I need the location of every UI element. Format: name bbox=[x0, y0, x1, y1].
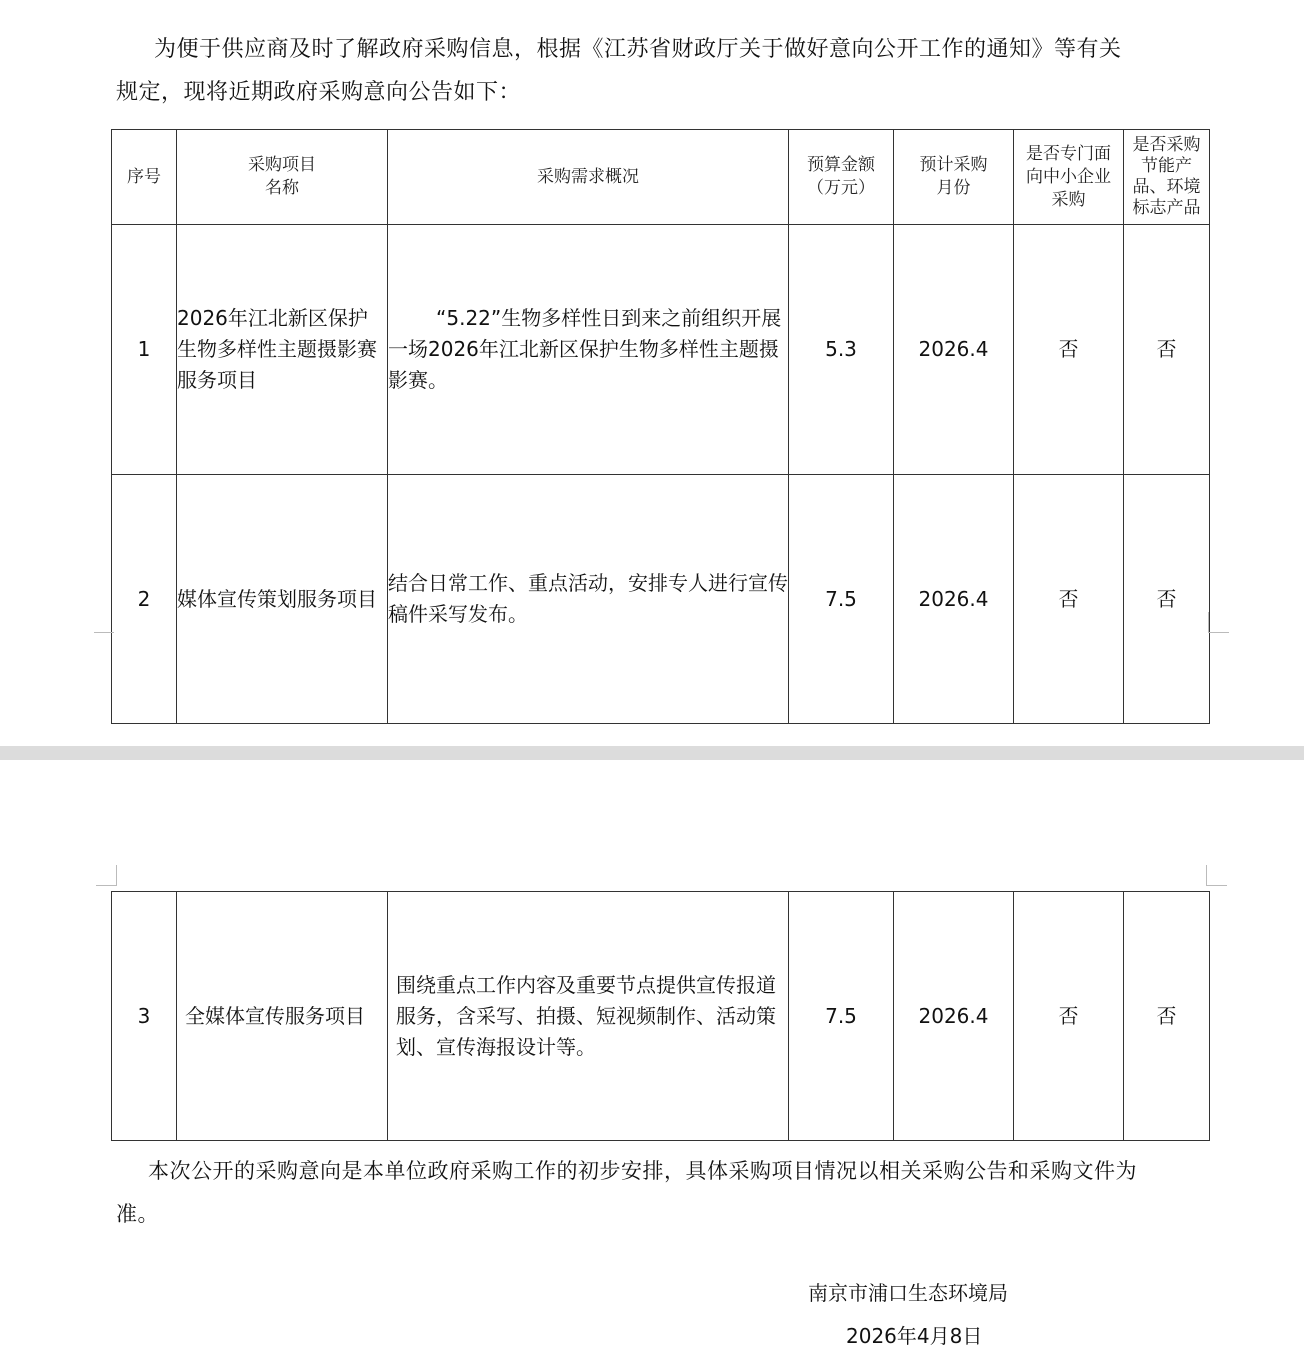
row-desc: 围绕重点工作内容及重要节点提供宣传报道服务，含采写、拍摄、短视频制作、活动策划、… bbox=[388, 892, 789, 1141]
row-month: 2026.4 bbox=[894, 892, 1014, 1141]
closing-paragraph: 本次公开的采购意向是本单位政府采购工作的初步安排，具体采购项目情况以相关采购公告… bbox=[116, 1150, 1211, 1236]
row-sme: 否 bbox=[1014, 475, 1124, 724]
header-budget: 预算金额 （万元） bbox=[789, 130, 894, 225]
table-row: 2 媒体宣传策划服务项目 结合日常工作、重点活动，安排专人进行宣传稿件采写发布。… bbox=[112, 475, 1210, 724]
row-budget: 7.5 bbox=[789, 475, 894, 724]
row-desc: “5.22”生物多样性日到来之前组织开展一场2026年江北新区保护生物多样性主题… bbox=[388, 225, 789, 475]
header-sme-line: 采购 bbox=[1014, 189, 1123, 212]
header-green: 是否采购 节能产 品、环境 标志产品 bbox=[1124, 130, 1210, 225]
row-budget: 5.3 bbox=[789, 225, 894, 475]
header-green-line: 标志产品 bbox=[1124, 198, 1209, 219]
closing-line-2: 准。 bbox=[116, 1193, 1211, 1236]
intro-paragraph: 为便于供应商及时了解政府采购信息，根据《江苏省财政厅关于做好意向公开工作的通知》… bbox=[116, 28, 1211, 114]
row-desc: 结合日常工作、重点活动，安排专人进行宣传稿件采写发布。 bbox=[388, 475, 789, 724]
header-month-line: 预计采购 bbox=[894, 154, 1013, 177]
row-green: 否 bbox=[1124, 892, 1210, 1141]
page-break bbox=[0, 746, 1304, 760]
row-name: 全媒体宣传服务项目 bbox=[177, 892, 388, 1141]
row-sme: 否 bbox=[1014, 892, 1124, 1141]
intro-line-1: 为便于供应商及时了解政府采购信息，根据《江苏省财政厅关于做好意向公开工作的通知》… bbox=[154, 37, 1122, 62]
header-green-line: 品、环境 bbox=[1124, 177, 1209, 198]
header-sme-line: 是否专门面 bbox=[1014, 143, 1123, 166]
header-name: 采购项目 名称 bbox=[177, 130, 388, 225]
header-sme: 是否专门面 向中小企业 采购 bbox=[1014, 130, 1124, 225]
table-row: 1 2026年江北新区保护生物多样性主题摄影赛服务项目 “5.22”生物多样性日… bbox=[112, 225, 1210, 475]
row-no: 2 bbox=[112, 475, 177, 724]
header-desc: 采购需求概况 bbox=[388, 130, 789, 225]
header-green-line: 节能产 bbox=[1124, 156, 1209, 177]
header-name-line: 名称 bbox=[177, 177, 387, 200]
row-green: 否 bbox=[1124, 475, 1210, 724]
row-budget: 7.5 bbox=[789, 892, 894, 1141]
row-green: 否 bbox=[1124, 225, 1210, 475]
crop-mark bbox=[1206, 865, 1227, 886]
header-no: 序号 bbox=[112, 130, 177, 225]
table-header-row: 序号 采购项目 名称 采购需求概况 预算金额 （万元） 预计采购 月份 是否专门… bbox=[112, 130, 1210, 225]
signature-date: 2026年4月8日 bbox=[846, 1320, 982, 1349]
crop-mark bbox=[96, 865, 117, 886]
row-month: 2026.4 bbox=[894, 225, 1014, 475]
row-no: 3 bbox=[112, 892, 177, 1141]
signature-org: 南京市浦口生态环境局 bbox=[808, 1277, 1008, 1306]
row-month: 2026.4 bbox=[894, 475, 1014, 724]
row-no: 1 bbox=[112, 225, 177, 475]
header-budget-line: （万元） bbox=[789, 177, 893, 200]
table-row: 3 全媒体宣传服务项目 围绕重点工作内容及重要节点提供宣传报道服务，含采写、拍摄… bbox=[112, 892, 1210, 1141]
header-month-line: 月份 bbox=[894, 177, 1013, 200]
procurement-table: 序号 采购项目 名称 采购需求概况 预算金额 （万元） 预计采购 月份 是否专门… bbox=[111, 129, 1210, 724]
crop-mark bbox=[1208, 612, 1229, 633]
row-name: 媒体宣传策划服务项目 bbox=[177, 475, 388, 724]
row-name: 2026年江北新区保护生物多样性主题摄影赛服务项目 bbox=[177, 225, 388, 475]
closing-line-1: 本次公开的采购意向是本单位政府采购工作的初步安排，具体采购项目情况以相关采购公告… bbox=[148, 1159, 1137, 1183]
row-sme: 否 bbox=[1014, 225, 1124, 475]
intro-line-2: 规定，现将近期政府采购意向公告如下： bbox=[116, 71, 1211, 114]
header-budget-line: 预算金额 bbox=[789, 154, 893, 177]
crop-mark bbox=[94, 612, 114, 633]
header-sme-line: 向中小企业 bbox=[1014, 166, 1123, 189]
header-green-line: 是否采购 bbox=[1124, 135, 1209, 156]
procurement-table-continued: 3 全媒体宣传服务项目 围绕重点工作内容及重要节点提供宣传报道服务，含采写、拍摄… bbox=[111, 891, 1210, 1141]
header-name-line: 采购项目 bbox=[177, 154, 387, 177]
header-month: 预计采购 月份 bbox=[894, 130, 1014, 225]
